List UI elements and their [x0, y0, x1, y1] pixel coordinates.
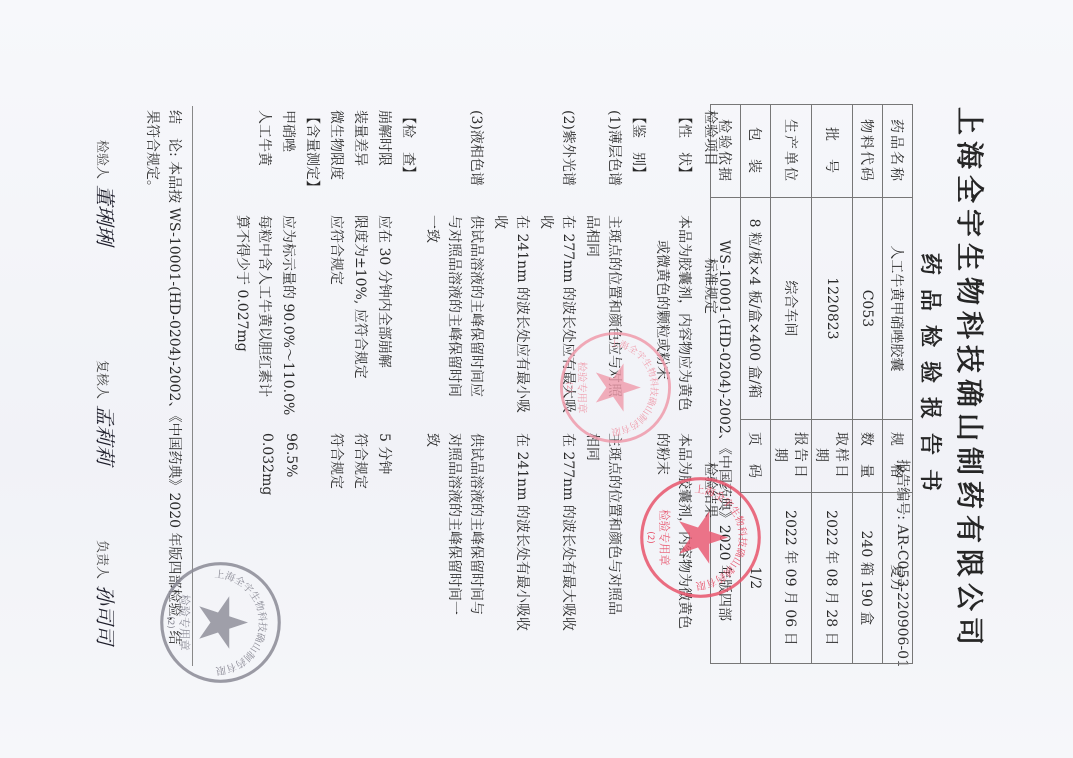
- result-value: 致: [423, 433, 443, 447]
- result-standard: 限度为±10%, 应符合规定: [351, 215, 371, 379]
- result-item: 装量差异: [351, 110, 371, 166]
- result-value: 供试品溶液的主峰保留时间与: [467, 433, 487, 615]
- result-value: 在 277nm 的波长处有最大吸收: [559, 433, 579, 631]
- result-item: 微生物限度: [327, 110, 347, 180]
- report-date-label: 报告日期: [771, 419, 812, 492]
- document-title: 药品检验报告书: [916, 0, 947, 758]
- result-item: 【鉴 别】: [629, 110, 649, 180]
- stamp-seal-icon: 检验专用章(2)上海全宇生物科技确山制药有限公司: [158, 560, 283, 685]
- inspection-stamp-red: 检验专用章(2)上海全宇生物科技确山制药有限公司: [638, 475, 763, 600]
- material-code-label: 物料代码: [853, 105, 883, 198]
- result-standard: 应在 30 分钟内全部崩解: [375, 215, 395, 368]
- result-standard: 算不得少于 0.027mg: [233, 215, 253, 352]
- report-page: 上海全宇生物科技确山制药有限公司 药品检验报告书 报告编号: AR-C053-2…: [0, 0, 1073, 758]
- quantity: 240 箱 190 盒: [853, 492, 883, 663]
- svg-text:(2): (2): [645, 531, 655, 543]
- inspection-stamp-faint: 检验专用章(2)上海全宇生物科技确山制药有限公司: [558, 330, 673, 445]
- result-value: 5 分钟: [375, 433, 395, 474]
- svg-text:检验专用章: 检验专用章: [576, 362, 589, 414]
- result-value: 符合规定: [351, 433, 371, 489]
- package: 8 粒/板×4 板/盒×400 盒/箱: [741, 198, 771, 420]
- result-value: 符合规定: [327, 433, 347, 489]
- result-value: 主斑点的位置和颜色与对照品: [605, 433, 625, 615]
- result-standard: 本品为胶囊剂，内容物应为黄色: [675, 215, 695, 411]
- result-standard: 应符合规定: [327, 215, 347, 285]
- result-value: 对照品溶液的主峰保留时间一: [445, 433, 465, 615]
- reviewer-signature: 复核人孟莉莉: [92, 360, 121, 465]
- result-item: 【性 状】: [675, 110, 695, 180]
- result-value: 在 241nm 的波长处有最小吸收: [513, 433, 533, 631]
- result-standard: 收: [491, 215, 511, 229]
- inspection-stamp-gray: 检验专用章(2)上海全宇生物科技确山制药有限公司: [158, 560, 283, 685]
- report-date: 2022 年 09 月 06 日: [771, 492, 812, 663]
- result-standard: 供试品溶液的主峰保留时间应: [467, 215, 487, 397]
- svg-text:检验专用章: 检验专用章: [178, 594, 192, 650]
- result-standard: 与对照品溶液的主峰保留时间: [445, 215, 465, 397]
- result-standard: 每粒中含人工牛黄以胆红素计: [255, 215, 275, 397]
- company-name: 上海全宇生物科技确山制药有限公司: [951, 0, 991, 758]
- result-item: 【检 查】: [399, 110, 419, 180]
- result-standard: 收: [537, 215, 557, 229]
- producer: 综合车间: [771, 198, 812, 420]
- result-item: 甲硝唑: [279, 110, 299, 152]
- result-standard: 一致: [423, 215, 443, 243]
- col-standard-header: 标准规定: [701, 258, 721, 314]
- stamp-seal-icon: 检验专用章(2)上海全宇生物科技确山制药有限公司: [558, 330, 673, 445]
- result-item: 人工牛黄: [255, 110, 275, 166]
- conclusion-line2: 果符合规定。: [143, 110, 163, 194]
- stamp-seal-icon: 检验专用章(2)上海全宇生物科技确山制药有限公司: [638, 475, 763, 600]
- sampling-date: 2022 年 08 月 28 日: [812, 492, 853, 663]
- result-item: (1)薄层色谱: [605, 110, 625, 186]
- sampling-date-label: 取样日期: [812, 419, 853, 492]
- svg-text:(2): (2): [165, 616, 175, 628]
- result-item: 崩解时限: [375, 110, 395, 166]
- drug-name-label: 药品名称: [883, 105, 913, 198]
- col-item-header: 检验项目: [701, 110, 721, 166]
- producer-label: 生产单位: [771, 105, 812, 198]
- package-label: 包 装: [741, 105, 771, 198]
- result-standard: 在 241nm 的波长处应有最小吸: [513, 215, 533, 413]
- svg-text:(2): (2): [565, 382, 574, 393]
- batch: 1220823: [812, 198, 853, 420]
- drug-name: 人工牛黄甲硝唑胶囊: [883, 198, 913, 420]
- material-code: C053: [853, 198, 883, 420]
- spec: 复方: [883, 492, 913, 663]
- result-value: 0.032mg: [259, 433, 275, 495]
- result-item: (3)液相色谱: [467, 110, 487, 186]
- result-value: 96.5%: [283, 433, 299, 477]
- batch-label: 批 号: [812, 105, 853, 198]
- spec-label: 规 格: [883, 419, 913, 492]
- result-standard: 应为标示量的 90.0%～110.0%: [279, 215, 299, 415]
- result-standard: 品相同: [583, 215, 603, 257]
- svg-text:检验专用章: 检验专用章: [658, 509, 672, 565]
- quantity-label: 数 量: [853, 419, 883, 492]
- inspector-signature: 检验人董琍琍: [92, 140, 121, 245]
- manager-signature: 负责人孙司司: [92, 540, 121, 645]
- result-item: (2)紫外光谱: [559, 110, 579, 186]
- result-item: 【含量测定】: [303, 110, 323, 194]
